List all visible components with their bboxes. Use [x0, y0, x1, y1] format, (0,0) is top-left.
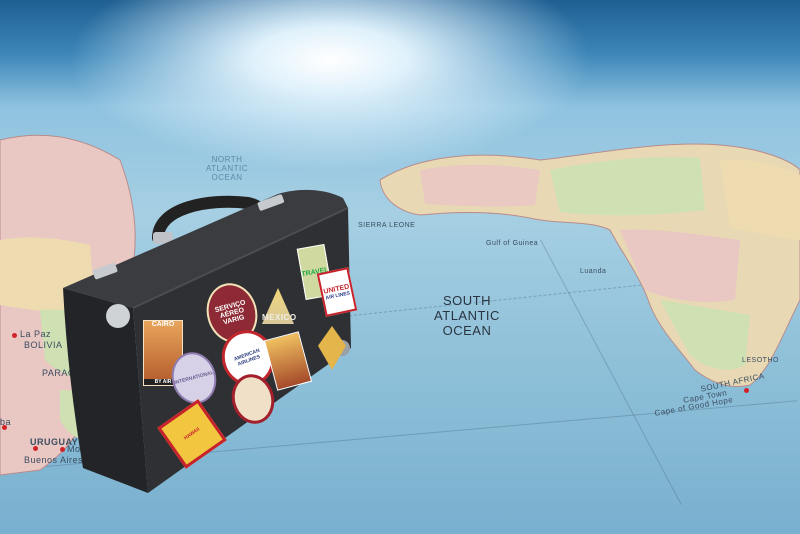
- lesotho-label: LESOTHO: [742, 357, 779, 364]
- sticker-label: CAIRO: [152, 321, 175, 328]
- label-line: ATLANTIC: [412, 308, 522, 323]
- label-line: ATLANTIC: [192, 164, 262, 173]
- north-atlantic-ocean-label: NORTH ATLANTIC OCEAN: [192, 155, 262, 182]
- label-line: NORTH: [192, 155, 262, 164]
- sticker-label: HAWAII: [183, 426, 201, 441]
- sticker-label: INTERNATIONAL: [174, 370, 215, 386]
- sticker-label: AMERICAN AIRLINES: [224, 344, 271, 371]
- sticker-label: SERVIÇO AÉREO VARIG: [207, 297, 257, 329]
- la-paz-label: La Paz: [20, 329, 51, 339]
- cordoba-label: ba: [0, 417, 11, 427]
- city-dot-buenos-aires: [33, 446, 38, 451]
- gulf-of-guinea-label: Gulf of Guinea: [486, 240, 538, 247]
- bolivia-label: BOLIVIA: [24, 340, 63, 350]
- sticker-mexico-label: MEXICO: [262, 313, 297, 322]
- south-atlantic-ocean-label: SOUTH ATLANTIC OCEAN: [412, 293, 522, 338]
- city-dot-la-paz: [12, 333, 17, 338]
- sierra-leone-label: SIERRA LEONE: [358, 222, 415, 229]
- label-line: OCEAN: [412, 323, 522, 338]
- label-line: OCEAN: [192, 173, 262, 182]
- photo-scene: SOUTH ATLANTIC OCEAN NORTH ATLANTIC OCEA…: [0, 0, 800, 534]
- city-dot-cape-town: [744, 388, 749, 393]
- label-line: SOUTH: [412, 293, 522, 308]
- luanda-label: Luanda: [580, 268, 606, 275]
- africa-landmass: [360, 100, 800, 400]
